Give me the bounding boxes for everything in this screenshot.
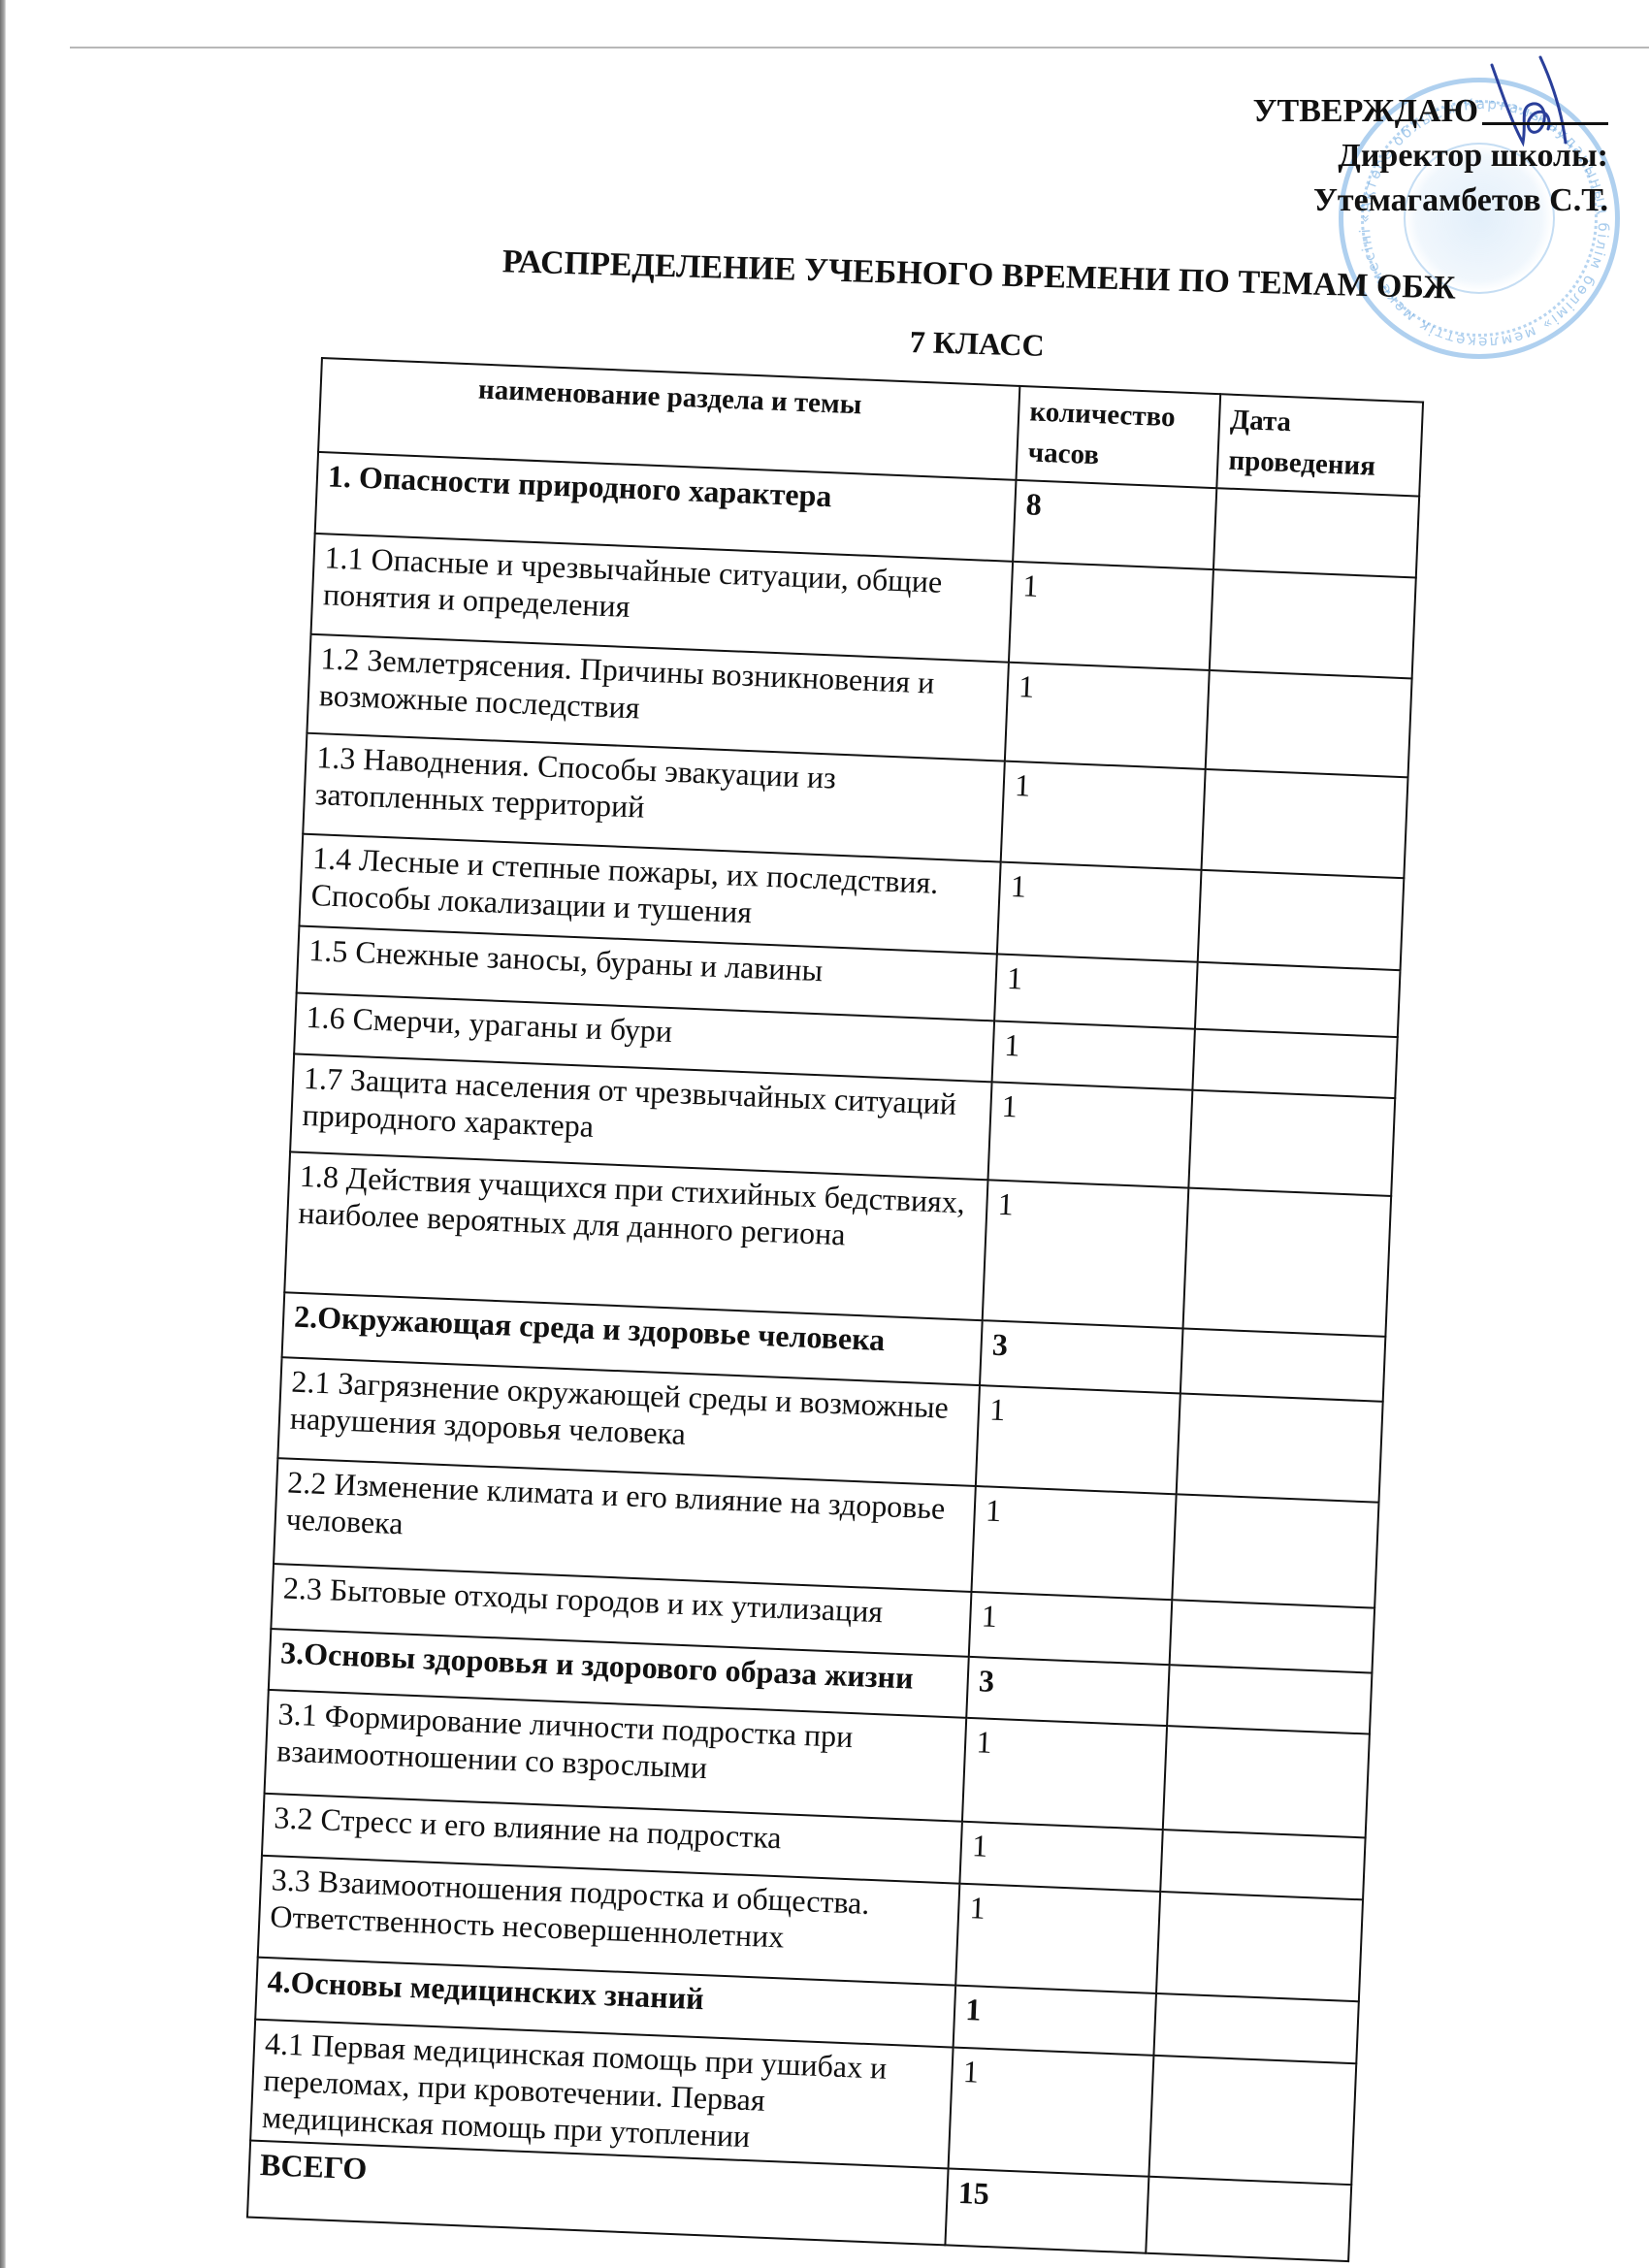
schedule-table-wrapper: наименование раздела и темы количество ч… bbox=[246, 357, 1424, 2262]
hours-cell: 1 bbox=[972, 1486, 1177, 1600]
approve-label: УТВЕРЖДАЮ bbox=[1253, 89, 1478, 134]
date-cell[interactable] bbox=[1154, 1993, 1359, 2063]
date-cell[interactable] bbox=[1146, 2177, 1351, 2261]
header-hours: количество часов bbox=[1017, 386, 1221, 488]
topic-name-cell: 1.8 Действия учащихся при стихийных бедс… bbox=[284, 1151, 988, 1320]
date-cell[interactable] bbox=[1188, 1090, 1395, 1196]
hours-cell: 1 bbox=[988, 1082, 1193, 1187]
hours-cell: 1 bbox=[1001, 761, 1206, 870]
hours-cell: 1 bbox=[955, 1884, 1160, 1993]
date-cell[interactable] bbox=[1195, 962, 1400, 1037]
hours-cell: 3 bbox=[967, 1657, 1170, 1726]
date-cell[interactable] bbox=[1180, 1328, 1385, 1401]
hours-cell: 1 bbox=[1005, 663, 1210, 769]
date-cell[interactable] bbox=[1167, 1665, 1372, 1733]
scan-left-edge bbox=[0, 0, 6, 2268]
schedule-table: наименование раздела и темы количество ч… bbox=[246, 357, 1424, 2262]
date-cell[interactable] bbox=[1160, 1830, 1365, 1899]
date-cell[interactable] bbox=[1210, 569, 1416, 678]
hours-cell: 1 bbox=[954, 1986, 1156, 2056]
director-name: Утемагамбетов С.Т. bbox=[1253, 178, 1608, 223]
page-subtitle: 7 КЛАСС bbox=[492, 310, 1463, 376]
title-block: РАСПРЕДЕЛЕНИЕ УЧЕБНОГО ВРЕМЕНИ ПО ТЕМАМ … bbox=[492, 243, 1465, 376]
hours-cell: 1 bbox=[969, 1592, 1172, 1665]
date-cell[interactable] bbox=[1163, 1726, 1370, 1837]
date-cell[interactable] bbox=[1206, 670, 1412, 777]
hours-cell: 1 bbox=[994, 954, 1197, 1028]
table-body: 1. Опасности природного характера81.1 Оп… bbox=[247, 452, 1419, 2261]
hours-cell: 15 bbox=[946, 2168, 1149, 2252]
director-position: Директор школы: bbox=[1253, 134, 1608, 178]
hours-cell: 1 bbox=[949, 2048, 1154, 2177]
hours-cell: 1 bbox=[1009, 562, 1213, 670]
scan-top-line bbox=[70, 47, 1649, 49]
hours-cell: 3 bbox=[980, 1320, 1182, 1393]
page-title: РАСПРЕДЕЛЕНИЕ УЧЕБНОГО ВРЕМЕНИ ПО ТЕМАМ … bbox=[494, 243, 1465, 308]
approval-block: УТВЕРЖДАЮ Директор школы: Утемагамбетов … bbox=[1253, 89, 1608, 223]
date-cell[interactable] bbox=[1156, 1892, 1363, 2001]
date-cell[interactable] bbox=[1172, 1494, 1378, 1607]
hours-cell: 1 bbox=[992, 1021, 1195, 1089]
hours-cell: 1 bbox=[976, 1385, 1180, 1494]
date-cell[interactable] bbox=[1193, 1029, 1398, 1098]
hours-cell: 8 bbox=[1013, 480, 1216, 569]
hours-cell: 1 bbox=[983, 1180, 1188, 1328]
date-cell[interactable] bbox=[1213, 488, 1419, 577]
header-date: Дата проведения bbox=[1216, 394, 1423, 496]
date-cell[interactable] bbox=[1183, 1188, 1392, 1337]
hours-cell: 1 bbox=[997, 862, 1201, 962]
date-cell[interactable] bbox=[1177, 1393, 1383, 1502]
date-cell[interactable] bbox=[1149, 2056, 1357, 2185]
date-cell[interactable] bbox=[1202, 769, 1408, 878]
date-cell[interactable] bbox=[1198, 870, 1405, 970]
date-cell[interactable] bbox=[1170, 1600, 1374, 1672]
hours-cell: 1 bbox=[960, 1822, 1163, 1892]
hours-cell: 1 bbox=[962, 1718, 1167, 1830]
signature-line bbox=[1482, 122, 1608, 125]
